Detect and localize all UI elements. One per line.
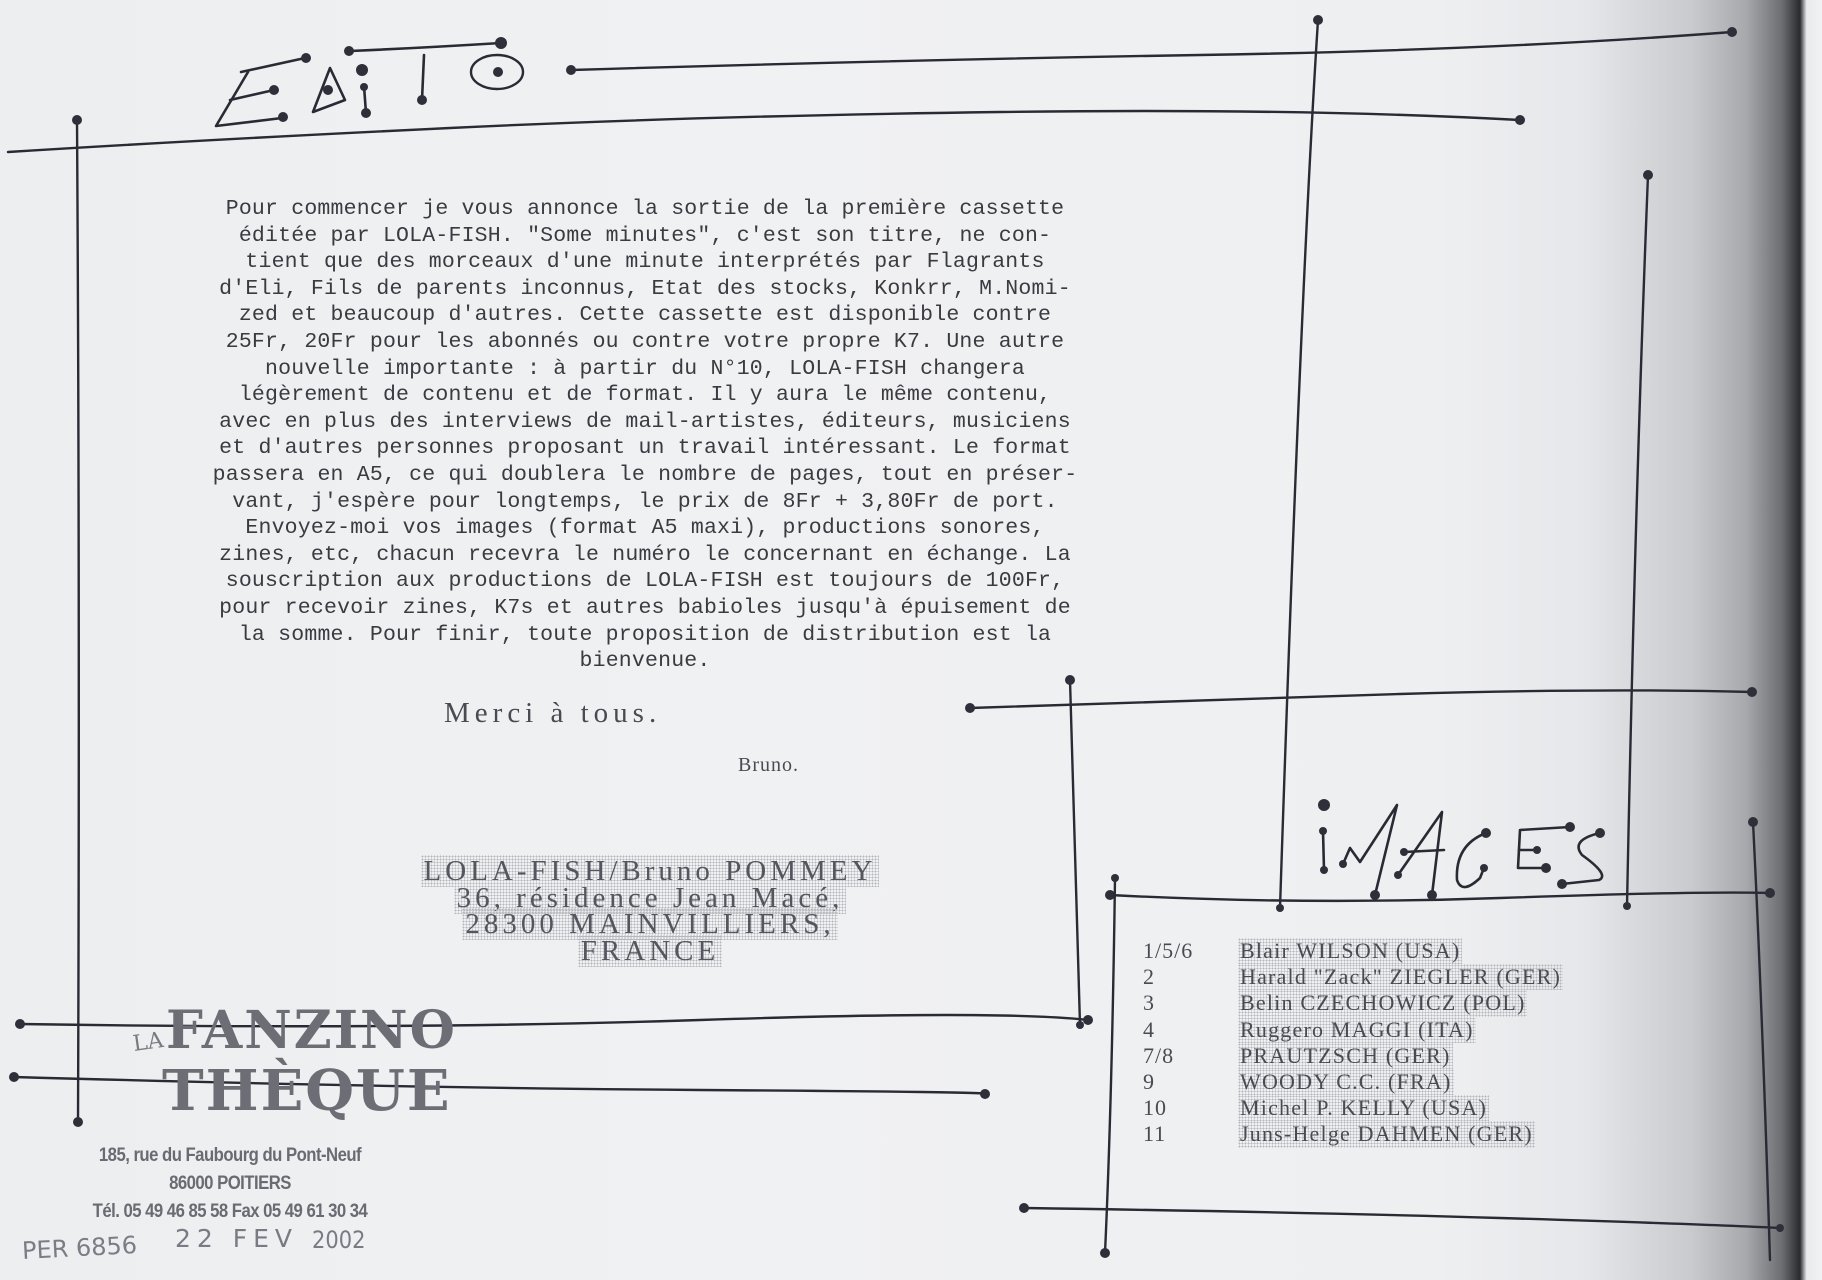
address-line: FRANCE xyxy=(250,938,1050,965)
date-day-month: 22 FEV xyxy=(175,1224,298,1253)
body-line: avec en plus des interviews de mail-arti… xyxy=(120,409,1170,436)
credit-pages: 11 xyxy=(1143,1121,1238,1147)
images-credits-list: 1/5/6Blair WILSON (USA) 2Harald "Zack" Z… xyxy=(1143,938,1563,1148)
body-line: Pour commencer je vous annonce la sortie… xyxy=(120,196,1170,223)
stamp-address-line: 86000 POITIERS xyxy=(63,1170,397,1198)
credit-row: 11Juns-Helge DAHMEN (GER) xyxy=(1143,1121,1563,1147)
credit-pages: 7/8 xyxy=(1143,1043,1238,1069)
body-line: passera en A5, ce qui doublera le nombre… xyxy=(120,462,1170,489)
credit-row: 9WOODY C.C. (FRA) xyxy=(1143,1069,1563,1095)
body-line: légèrement de contenu et de format. Il y… xyxy=(120,382,1170,409)
credit-pages: 4 xyxy=(1143,1017,1238,1043)
credit-artist: Juns-Helge DAHMEN (GER) xyxy=(1238,1121,1535,1147)
body-line: Envoyez-moi vos images (format A5 maxi),… xyxy=(120,515,1170,542)
credit-row: 1/5/6Blair WILSON (USA) xyxy=(1143,938,1563,964)
credit-pages: 3 xyxy=(1143,990,1238,1016)
credit-artist: Michel P. KELLY (USA) xyxy=(1238,1095,1489,1121)
body-line: tient que des morceaux d'une minute inte… xyxy=(120,249,1170,276)
logo-word-2: THÈQUE xyxy=(162,1058,452,1124)
stamp-address-line: Tél. 05 49 46 85 58 Fax 05 49 61 30 34 xyxy=(63,1198,397,1226)
logo-prefix: LA xyxy=(131,1028,165,1057)
date-year: 2002 xyxy=(312,1226,365,1254)
credit-pages: 9 xyxy=(1143,1069,1238,1095)
address-line: LOLA-FISH/Bruno POMMEY xyxy=(250,858,1050,885)
stamp-address-line: 185, rue du Faubourg du Pont-Neuf xyxy=(63,1142,397,1170)
body-line: d'Eli, Fils de parents inconnus, Etat de… xyxy=(120,276,1170,303)
address-line: 28300 MAINVILLIERS, xyxy=(250,911,1050,938)
credit-artist: Ruggero MAGGI (ITA) xyxy=(1238,1017,1476,1043)
contact-address: LOLA-FISH/Bruno POMMEY 36, résidence Jea… xyxy=(250,858,1050,964)
page-binding-edge xyxy=(1800,0,1822,1280)
fanzinotheque-logo: LA FANZINO THÈQUE xyxy=(128,1000,388,1132)
credit-row: 3Belin CZECHOWICZ (POL) xyxy=(1143,990,1563,1016)
credit-row: 10Michel P. KELLY (USA) xyxy=(1143,1095,1563,1121)
body-line: éditée par LOLA-FISH. "Some minutes", c'… xyxy=(120,223,1170,250)
credit-artist: Belin CZECHOWICZ (POL) xyxy=(1238,990,1527,1016)
credit-row: 7/8PRAUTZSCH (GER) xyxy=(1143,1043,1563,1069)
signature: Bruno. xyxy=(738,754,799,777)
body-line: et d'autres personnes proposant un trava… xyxy=(120,435,1170,462)
credit-row: 4Ruggero MAGGI (ITA) xyxy=(1143,1017,1563,1043)
thanks-line: Merci à tous. xyxy=(444,697,661,730)
body-line: bienvenue. xyxy=(120,648,1170,675)
credit-pages: 10 xyxy=(1143,1095,1238,1121)
body-line: pour recevoir zines, K7s et autres babio… xyxy=(120,595,1170,622)
body-line: zines, etc, chacun recevra le numéro le … xyxy=(120,542,1170,569)
body-line: la somme. Pour finir, toute proposition … xyxy=(120,622,1170,649)
body-line: souscription aux productions de LOLA-FIS… xyxy=(120,568,1170,595)
edito-body-text: Pour commencer je vous annonce la sortie… xyxy=(120,196,1170,675)
body-line: zed et beaucoup d'autres. Cette cassette… xyxy=(120,302,1170,329)
credit-artist: WOODY C.C. (FRA) xyxy=(1238,1069,1454,1095)
credit-pages: 2 xyxy=(1143,964,1238,990)
credit-artist: PRAUTZSCH (GER) xyxy=(1238,1043,1453,1069)
credit-artist: Harald "Zack" ZIEGLER (GER) xyxy=(1238,964,1563,990)
body-line: nouvelle importante : à partir du N°10, … xyxy=(120,356,1170,383)
credit-artist: Blair WILSON (USA) xyxy=(1238,938,1462,964)
credit-row: 2Harald "Zack" ZIEGLER (GER) xyxy=(1143,964,1563,990)
body-line: vant, j'espère pour longtemps, le prix d… xyxy=(120,489,1170,516)
credit-pages: 1/5/6 xyxy=(1143,938,1238,964)
body-line: 25Fr, 20Fr pour les abonnés ou contre vo… xyxy=(120,329,1170,356)
date-stamp: 22 FEV 2002 xyxy=(175,1224,365,1253)
logo-word-1: FANZINO xyxy=(166,1000,457,1061)
stamp-address: 185, rue du Faubourg du Pont-Neuf 86000 … xyxy=(63,1142,397,1226)
